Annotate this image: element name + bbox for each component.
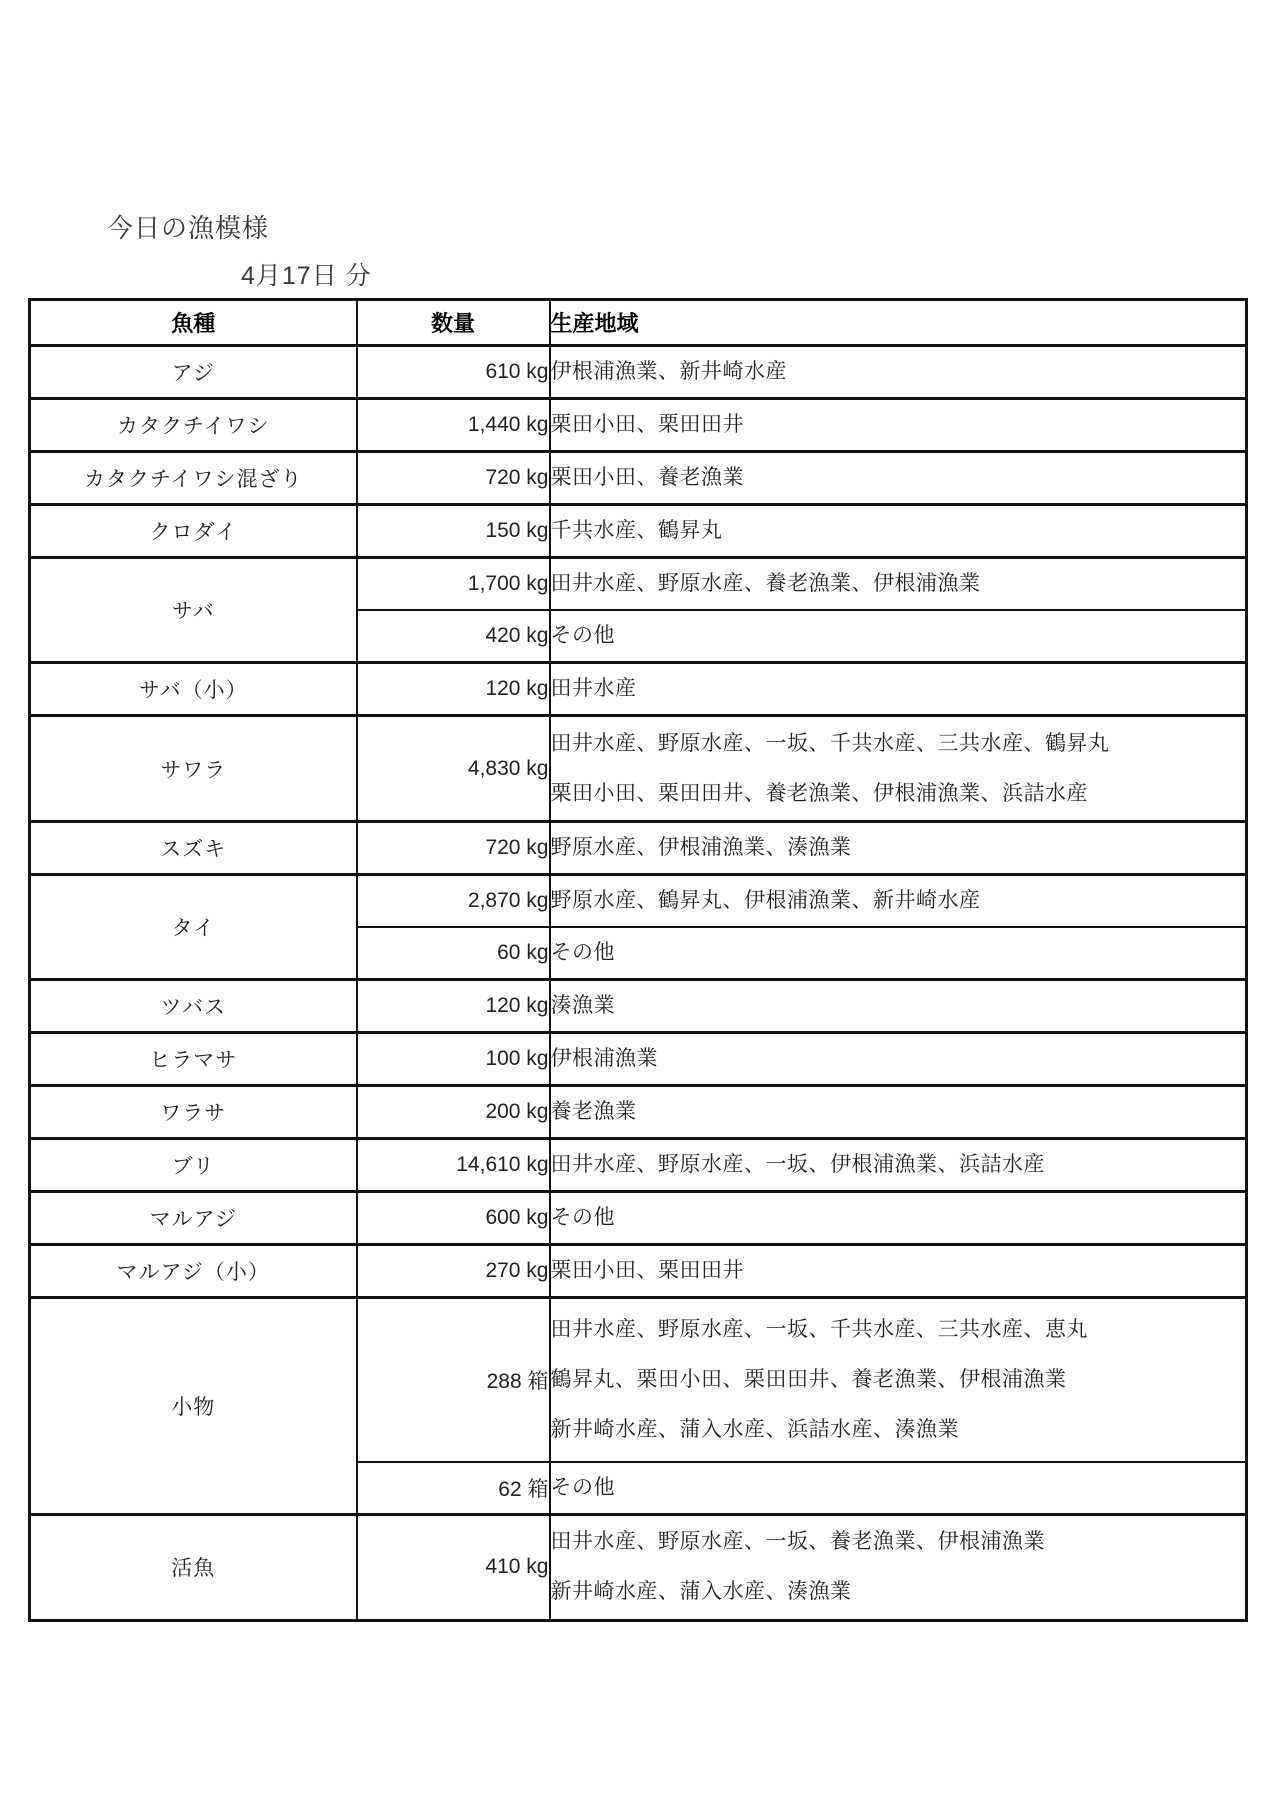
table-row: ツバス120 kg湊漁業: [30, 980, 1247, 1033]
region-cell: 田井水産、野原水産、一坂、千共水産、三共水産、鶴昇丸栗田小田、栗田田井、養老漁業…: [550, 716, 1247, 822]
species-cell: カタクチイワシ: [30, 399, 357, 452]
document-page: 今日の漁模様 4月17日 分 魚種 数量 生産地域 アジ610 kg伊根浦漁業、…: [0, 0, 1273, 1800]
species-cell: ツバス: [30, 980, 357, 1033]
quantity-cell: 600 kg: [357, 1192, 550, 1245]
region-cell: その他: [550, 610, 1247, 663]
table-row: 小物288 箱田井水産、野原水産、一坂、千共水産、三共水産、恵丸鶴昇丸、栗田小田…: [30, 1298, 1247, 1462]
quantity-cell: 120 kg: [357, 663, 550, 716]
region-cell: 伊根浦漁業: [550, 1033, 1247, 1086]
quantity-cell: 150 kg: [357, 505, 550, 558]
region-line: 野原水産、鶴昇丸、伊根浦漁業、新井崎水産: [551, 876, 1246, 926]
page-title: 今日の漁模様: [107, 208, 269, 245]
region-line: 伊根浦漁業、新井崎水産: [551, 347, 1246, 397]
species-cell: マルアジ（小）: [30, 1245, 357, 1298]
region-cell: その他: [550, 927, 1247, 980]
quantity-cell: 420 kg: [357, 610, 550, 663]
catch-table: 魚種 数量 生産地域 アジ610 kg伊根浦漁業、新井崎水産カタクチイワシ1,4…: [28, 298, 1248, 1622]
table-row: クロダイ150 kg千共水産、鶴昇丸: [30, 505, 1247, 558]
table-row: サワラ4,830 kg田井水産、野原水産、一坂、千共水産、三共水産、鶴昇丸栗田小…: [30, 716, 1247, 822]
species-cell: アジ: [30, 346, 357, 399]
region-cell: 田井水産、野原水産、一坂、養老漁業、伊根浦漁業新井崎水産、蒲入水産、湊漁業: [550, 1514, 1247, 1620]
region-line: 田井水産、野原水産、一坂、養老漁業、伊根浦漁業: [551, 1517, 1246, 1567]
region-cell: 伊根浦漁業、新井崎水産: [550, 346, 1247, 399]
quantity-cell: 270 kg: [357, 1245, 550, 1298]
region-cell: 野原水産、鶴昇丸、伊根浦漁業、新井崎水産: [550, 875, 1247, 928]
table-row: サバ（小）120 kg田井水産: [30, 663, 1247, 716]
species-cell: スズキ: [30, 822, 357, 875]
table-row: マルアジ600 kgその他: [30, 1192, 1247, 1245]
species-cell: クロダイ: [30, 505, 357, 558]
region-line: 伊根浦漁業: [551, 1034, 1246, 1084]
region-cell: 田井水産、野原水産、養老漁業、伊根浦漁業: [550, 558, 1247, 611]
region-cell: その他: [550, 1192, 1247, 1245]
table-row: タイ2,870 kg野原水産、鶴昇丸、伊根浦漁業、新井崎水産: [30, 875, 1247, 928]
region-line: 田井水産: [551, 664, 1246, 714]
table-row: サバ1,700 kg田井水産、野原水産、養老漁業、伊根浦漁業: [30, 558, 1247, 611]
species-cell: サワラ: [30, 716, 357, 822]
region-line: 湊漁業: [551, 981, 1246, 1031]
species-cell: サバ: [30, 558, 357, 663]
species-cell: サバ（小）: [30, 663, 357, 716]
region-line: 田井水産、野原水産、一坂、伊根浦漁業、浜詰水産: [551, 1140, 1246, 1190]
region-line: 新井崎水産、蒲入水産、浜詰水産、湊漁業: [551, 1405, 1246, 1455]
region-cell: 千共水産、鶴昇丸: [550, 505, 1247, 558]
species-cell: ブリ: [30, 1139, 357, 1192]
quantity-cell: 720 kg: [357, 452, 550, 505]
region-line: その他: [551, 611, 1246, 661]
region-cell: 栗田小田、栗田田井: [550, 399, 1247, 452]
quantity-cell: 1,440 kg: [357, 399, 550, 452]
date-label: 4月17日 分: [241, 256, 372, 292]
quantity-cell: 14,610 kg: [357, 1139, 550, 1192]
region-line: 栗田小田、栗田田井: [551, 400, 1246, 450]
region-line: 栗田小田、栗田田井: [551, 1246, 1246, 1296]
table-row: カタクチイワシ1,440 kg栗田小田、栗田田井: [30, 399, 1247, 452]
species-cell: ヒラマサ: [30, 1033, 357, 1086]
header-row: 魚種 数量 生産地域: [30, 300, 1247, 346]
species-cell: 小物: [30, 1298, 357, 1515]
region-line: 田井水産、野原水産、一坂、千共水産、三共水産、恵丸: [551, 1305, 1246, 1355]
quantity-cell: 62 箱: [357, 1462, 550, 1515]
species-cell: タイ: [30, 875, 357, 980]
species-cell: カタクチイワシ混ざり: [30, 452, 357, 505]
quantity-cell: 120 kg: [357, 980, 550, 1033]
table-row: 活魚410 kg田井水産、野原水産、一坂、養老漁業、伊根浦漁業新井崎水産、蒲入水…: [30, 1514, 1247, 1620]
region-cell: 田井水産、野原水産、一坂、伊根浦漁業、浜詰水産: [550, 1139, 1247, 1192]
species-cell: 活魚: [30, 1514, 357, 1620]
region-line: 鶴昇丸、栗田小田、栗田田井、養老漁業、伊根浦漁業: [551, 1355, 1246, 1405]
region-line: 千共水産、鶴昇丸: [551, 506, 1246, 556]
region-line: 田井水産、野原水産、一坂、千共水産、三共水産、鶴昇丸: [551, 719, 1246, 769]
species-cell: マルアジ: [30, 1192, 357, 1245]
region-cell: 栗田小田、養老漁業: [550, 452, 1247, 505]
table-row: カタクチイワシ混ざり720 kg栗田小田、養老漁業: [30, 452, 1247, 505]
quantity-cell: 610 kg: [357, 346, 550, 399]
region-line: 栗田小田、栗田田井、養老漁業、伊根浦漁業、浜詰水産: [551, 769, 1246, 819]
quantity-cell: 4,830 kg: [357, 716, 550, 822]
region-cell: 野原水産、伊根浦漁業、湊漁業: [550, 822, 1247, 875]
species-header-cell: 魚種: [30, 300, 357, 346]
region-line: 新井崎水産、蒲入水産、湊漁業: [551, 1567, 1246, 1617]
table-row: ワラサ200 kg養老漁業: [30, 1086, 1247, 1139]
quantity-cell: 720 kg: [357, 822, 550, 875]
quantity-cell: 1,700 kg: [357, 558, 550, 611]
table-row: ブリ14,610 kg田井水産、野原水産、一坂、伊根浦漁業、浜詰水産: [30, 1139, 1247, 1192]
quantity-cell: 410 kg: [357, 1514, 550, 1620]
quantity-cell: 288 箱: [357, 1298, 550, 1462]
region-header-cell: 生産地域: [550, 300, 1247, 346]
quantity-cell: 60 kg: [357, 927, 550, 980]
region-line: その他: [551, 1193, 1246, 1243]
region-line: 栗田小田、養老漁業: [551, 453, 1246, 503]
table-row: スズキ720 kg野原水産、伊根浦漁業、湊漁業: [30, 822, 1247, 875]
region-line: 田井水産、野原水産、養老漁業、伊根浦漁業: [551, 559, 1246, 609]
region-line: 野原水産、伊根浦漁業、湊漁業: [551, 823, 1246, 873]
quantity-cell: 100 kg: [357, 1033, 550, 1086]
region-cell: 田井水産: [550, 663, 1247, 716]
species-cell: ワラサ: [30, 1086, 357, 1139]
region-line: 養老漁業: [551, 1087, 1246, 1137]
quantity-cell: 2,870 kg: [357, 875, 550, 928]
quantity-header-cell: 数量: [357, 300, 550, 346]
region-cell: 栗田小田、栗田田井: [550, 1245, 1247, 1298]
region-line: その他: [551, 928, 1246, 978]
table-row: マルアジ（小）270 kg栗田小田、栗田田井: [30, 1245, 1247, 1298]
region-cell: その他: [550, 1462, 1247, 1515]
region-cell: 湊漁業: [550, 980, 1247, 1033]
table-row: アジ610 kg伊根浦漁業、新井崎水産: [30, 346, 1247, 399]
region-cell: 田井水産、野原水産、一坂、千共水産、三共水産、恵丸鶴昇丸、栗田小田、栗田田井、養…: [550, 1298, 1247, 1462]
region-cell: 養老漁業: [550, 1086, 1247, 1139]
region-line: その他: [551, 1463, 1246, 1513]
table-row: ヒラマサ100 kg伊根浦漁業: [30, 1033, 1247, 1086]
quantity-cell: 200 kg: [357, 1086, 550, 1139]
